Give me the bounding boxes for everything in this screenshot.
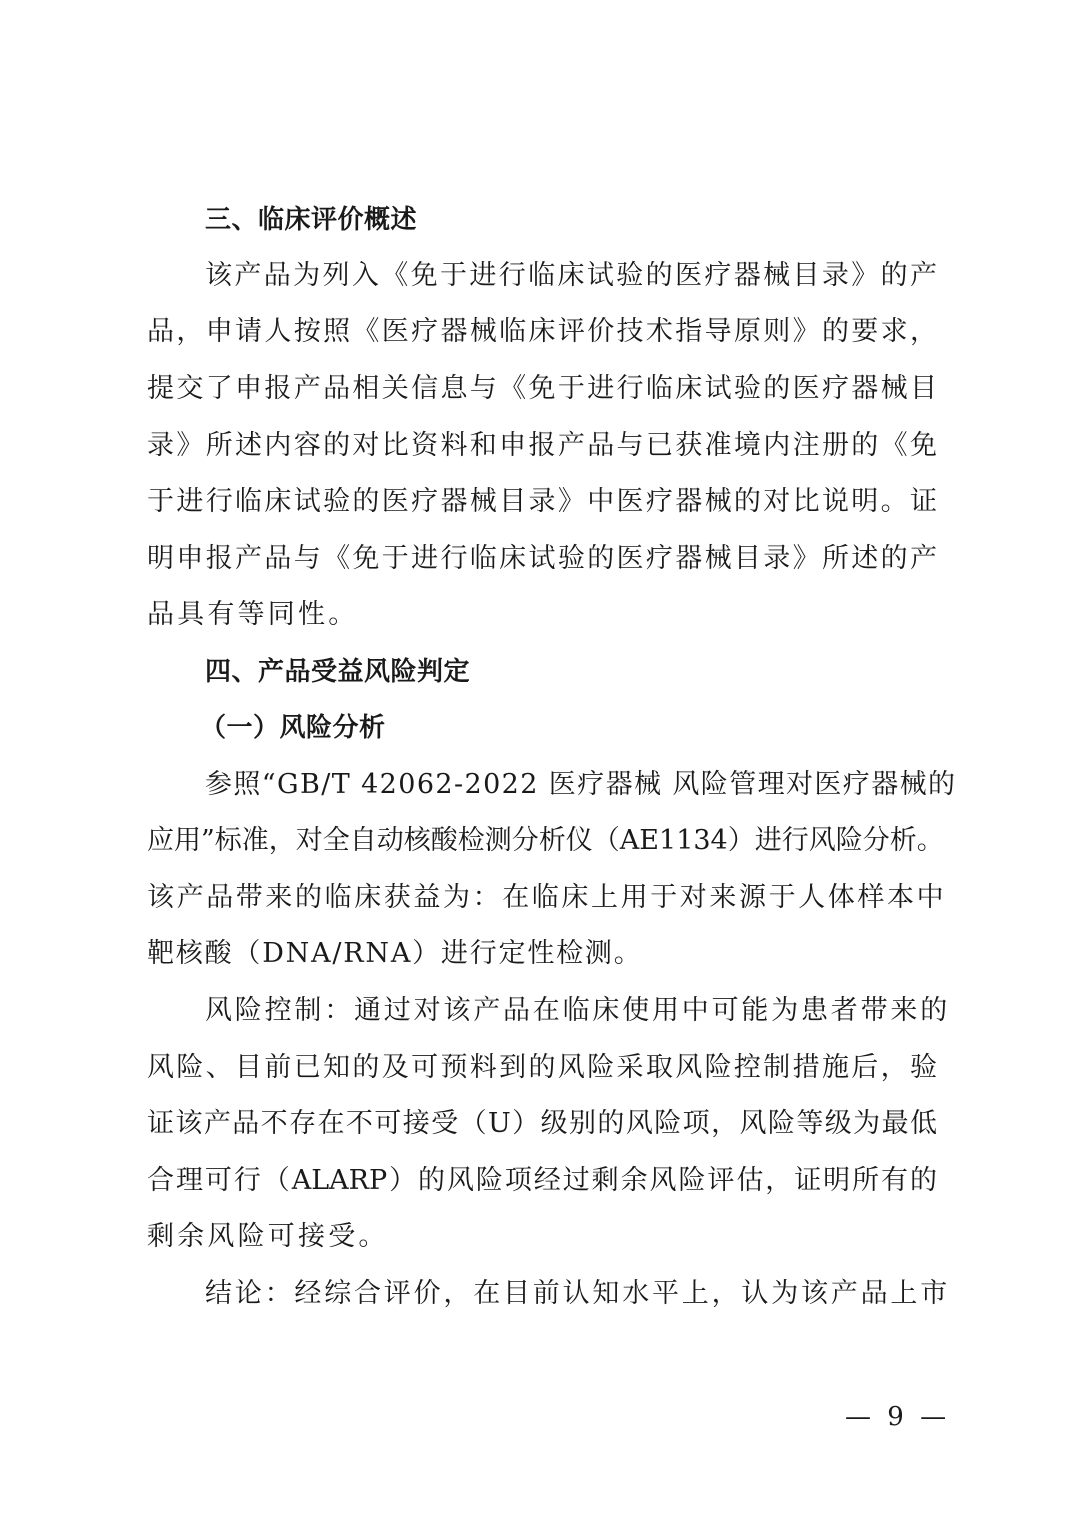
paragraph-line: 风险控制：通过对该产品在临床使用中可能为患者带来的	[205, 996, 937, 1026]
paragraph-line: 明申报产品与《免于进行临床试验的医疗器械目录》所述的产	[147, 544, 937, 574]
document-page: 三、临床评价概述 该产品为列入《免于进行临床试验的医疗器械目录》的产 品，申请人…	[0, 0, 1080, 1527]
paragraph-line: 该产品为列入《免于进行临床试验的医疗器械目录》的产	[205, 261, 937, 291]
paragraph-line: 证该产品不存在不可接受（U）级别的风险项，风险等级为最低	[147, 1109, 937, 1139]
paragraph-line: 应用”标准，对全自动核酸检测分析仪（AE1134）进行风险分析。	[147, 826, 937, 856]
paragraph-line: 结论：经综合评价，在目前认知水平上，认为该产品上市	[205, 1279, 937, 1309]
paragraph-line: 录》所述内容的对比资料和申报产品与已获准境内注册的《免	[147, 431, 937, 461]
section-heading-benefit-risk: 四、产品受益风险判定	[205, 657, 937, 687]
subsection-heading-risk-analysis: （一）风险分析	[200, 713, 990, 743]
paragraph-line: 于进行临床试验的医疗器械目录》中医疗器械的对比说明。证	[147, 487, 937, 517]
paragraph-line: 合理可行（ALARP）的风险项经过剩余风险评估，证明所有的	[147, 1166, 937, 1196]
paragraph-line: 靶核酸（DNA/RNA）进行定性检测。	[147, 939, 937, 969]
paragraph-line: 参照“GB/T 42062-2022 医疗器械 风险管理对医疗器械的	[205, 770, 937, 800]
paragraph-line: 该产品带来的临床获益为：在临床上用于对来源于人体样本中	[147, 883, 937, 913]
paragraph-line: 风险、目前已知的及可预料到的风险采取风险控制措施后，验	[147, 1053, 937, 1083]
paragraph-line: 品具有等同性。	[147, 600, 937, 630]
section-heading-clinical-evaluation: 三、临床评价概述	[205, 205, 937, 235]
page-number: — 9 —	[845, 1402, 950, 1432]
paragraph-line: 提交了申报产品相关信息与《免于进行临床试验的医疗器械目	[147, 374, 937, 404]
paragraph-line: 剩余风险可接受。	[147, 1222, 937, 1252]
paragraph-line: 品，申请人按照《医疗器械临床评价技术指导原则》的要求，	[147, 317, 937, 347]
